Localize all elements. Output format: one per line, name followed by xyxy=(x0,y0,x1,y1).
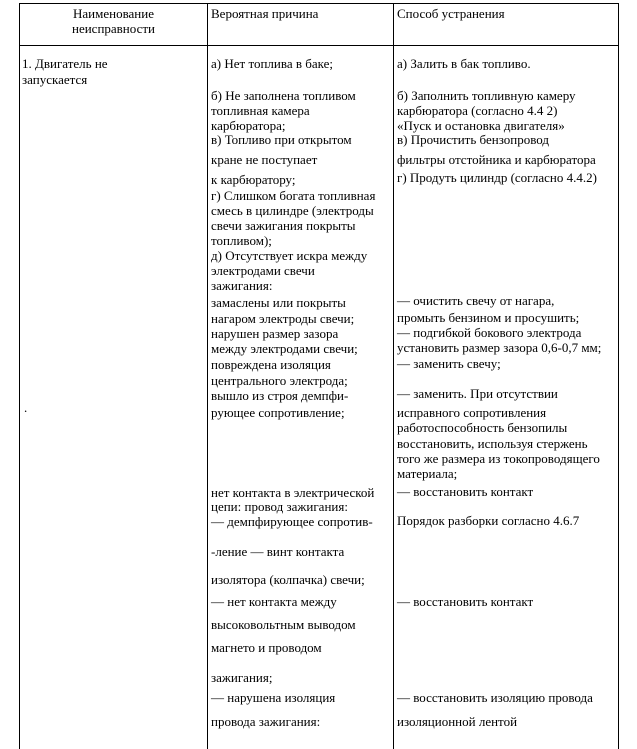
remedy-line: — подгибкой бокового электрода xyxy=(397,325,581,340)
header-fault-line-1: Наименование xyxy=(20,6,207,21)
cause-line: нет контакта в электрической xyxy=(211,485,374,500)
cause-line: магнето и проводом xyxy=(211,640,322,655)
remedy-line: промыть бензином и просушить; xyxy=(397,310,579,325)
header-cause: Вероятная причина xyxy=(211,6,318,21)
cause-line: — демпфирующее сопротив- xyxy=(211,514,373,529)
cause-line: а) Нет топлива в баке; xyxy=(211,56,333,71)
cause-line: нагаром электроды свечи; xyxy=(211,311,354,326)
remedy-line: а) Залить в бак топливо. xyxy=(397,56,531,71)
stray-mark: . xyxy=(24,400,27,415)
remedy-line: фильтры отстойника и карбюратора xyxy=(397,152,596,167)
cause-line: провода зажигания: xyxy=(211,714,320,729)
remedy-line: исправного сопротивления xyxy=(397,405,546,420)
cause-line: -ление — винт контакта xyxy=(211,544,344,559)
remedy-line: восстановить, используя стержень xyxy=(397,436,588,451)
remedy-line: изоляционной лентой xyxy=(397,714,517,729)
remedy-line: — заменить. При отсутствии xyxy=(397,386,558,401)
table-right-border xyxy=(618,3,619,749)
cause-line: центрального электрода; xyxy=(211,373,348,388)
cause-line: вышло из строя демпфи- xyxy=(211,388,348,403)
cause-line: д) Отсутствует искра между xyxy=(211,248,367,263)
cause-line: б) Не заполнена топливом xyxy=(211,88,356,103)
cause-line: — нарушена изоляция xyxy=(211,690,335,705)
remedy-line: — восстановить контакт xyxy=(397,484,533,499)
cause-line: смесь в цилиндре (электроды xyxy=(211,203,374,218)
cause-line: электродами свечи xyxy=(211,263,315,278)
header-fault-line-2: неисправности xyxy=(20,21,207,36)
remedy-line: Порядок разборки согласно 4.6.7 xyxy=(397,513,579,528)
remedy-line: — заменить свечу; xyxy=(397,356,501,371)
cause-line: рующее сопротивление; xyxy=(211,405,345,420)
remedy-line: карбюратора (согласно 4.4 2) xyxy=(397,103,558,118)
cause-line: высоковольтным выводом xyxy=(211,617,356,632)
cause-line: цепи: провод зажигания: xyxy=(211,499,348,514)
remedy-line: того же размера из токопроводящего xyxy=(397,451,600,466)
column-divider-2 xyxy=(393,3,394,749)
cause-line: зажигания: xyxy=(211,278,272,293)
header-remedy: Способ устранения xyxy=(397,6,505,21)
remedy-line: — восстановить контакт xyxy=(397,594,533,609)
fault-title-line-1: 1. Двигатель не xyxy=(22,56,108,71)
fault-title: 1. Двигатель не запускается xyxy=(22,56,108,87)
column-divider-1 xyxy=(207,3,208,749)
remedy-line: «Пуск и остановка двигателя» xyxy=(397,118,565,133)
cause-line: г) Слишком богата топливная xyxy=(211,188,375,203)
table-top-border xyxy=(19,3,619,4)
table-left-border xyxy=(19,3,20,749)
remedy-line: установить размер зазора 0,6-0,7 мм; xyxy=(397,340,601,355)
cause-line: замаслены или покрыты xyxy=(211,295,346,310)
header-bottom-border xyxy=(19,45,619,46)
cause-line: между электродами свечи; xyxy=(211,341,358,356)
remedy-line: работоспособность бензопилы xyxy=(397,420,567,435)
remedy-line: — восстановить изоляцию провода xyxy=(397,690,593,705)
cause-line: свечи зажигания покрыты xyxy=(211,218,356,233)
cause-line: изолятора (колпачка) свечи; xyxy=(211,572,365,587)
cause-line: кране не поступает xyxy=(211,152,317,167)
cause-line: топливом); xyxy=(211,233,272,248)
cause-line: в) Топливо при открытом xyxy=(211,132,352,147)
cause-line: зажигания; xyxy=(211,670,272,685)
cause-line: к карбюратору; xyxy=(211,172,296,187)
header-fault: Наименование неисправности xyxy=(20,6,207,36)
remedy-line: г) Продуть цилиндр (согласно 4.4.2) xyxy=(397,170,597,185)
cause-line: повреждена изоляция xyxy=(211,357,331,372)
cause-line: — нет контакта между xyxy=(211,594,337,609)
remedy-line: — очистить свечу от нагара, xyxy=(397,293,554,308)
fault-title-line-2: запускается xyxy=(22,72,108,87)
remedy-line: материала; xyxy=(397,466,457,481)
cause-line: топливная камера xyxy=(211,103,310,118)
cause-line: нарушен размер зазора xyxy=(211,326,338,341)
remedy-line: б) Заполнить топливную камеру xyxy=(397,88,576,103)
remedy-line: в) Прочистить бензопровод xyxy=(397,132,549,147)
cause-line: карбюратора; xyxy=(211,118,286,133)
